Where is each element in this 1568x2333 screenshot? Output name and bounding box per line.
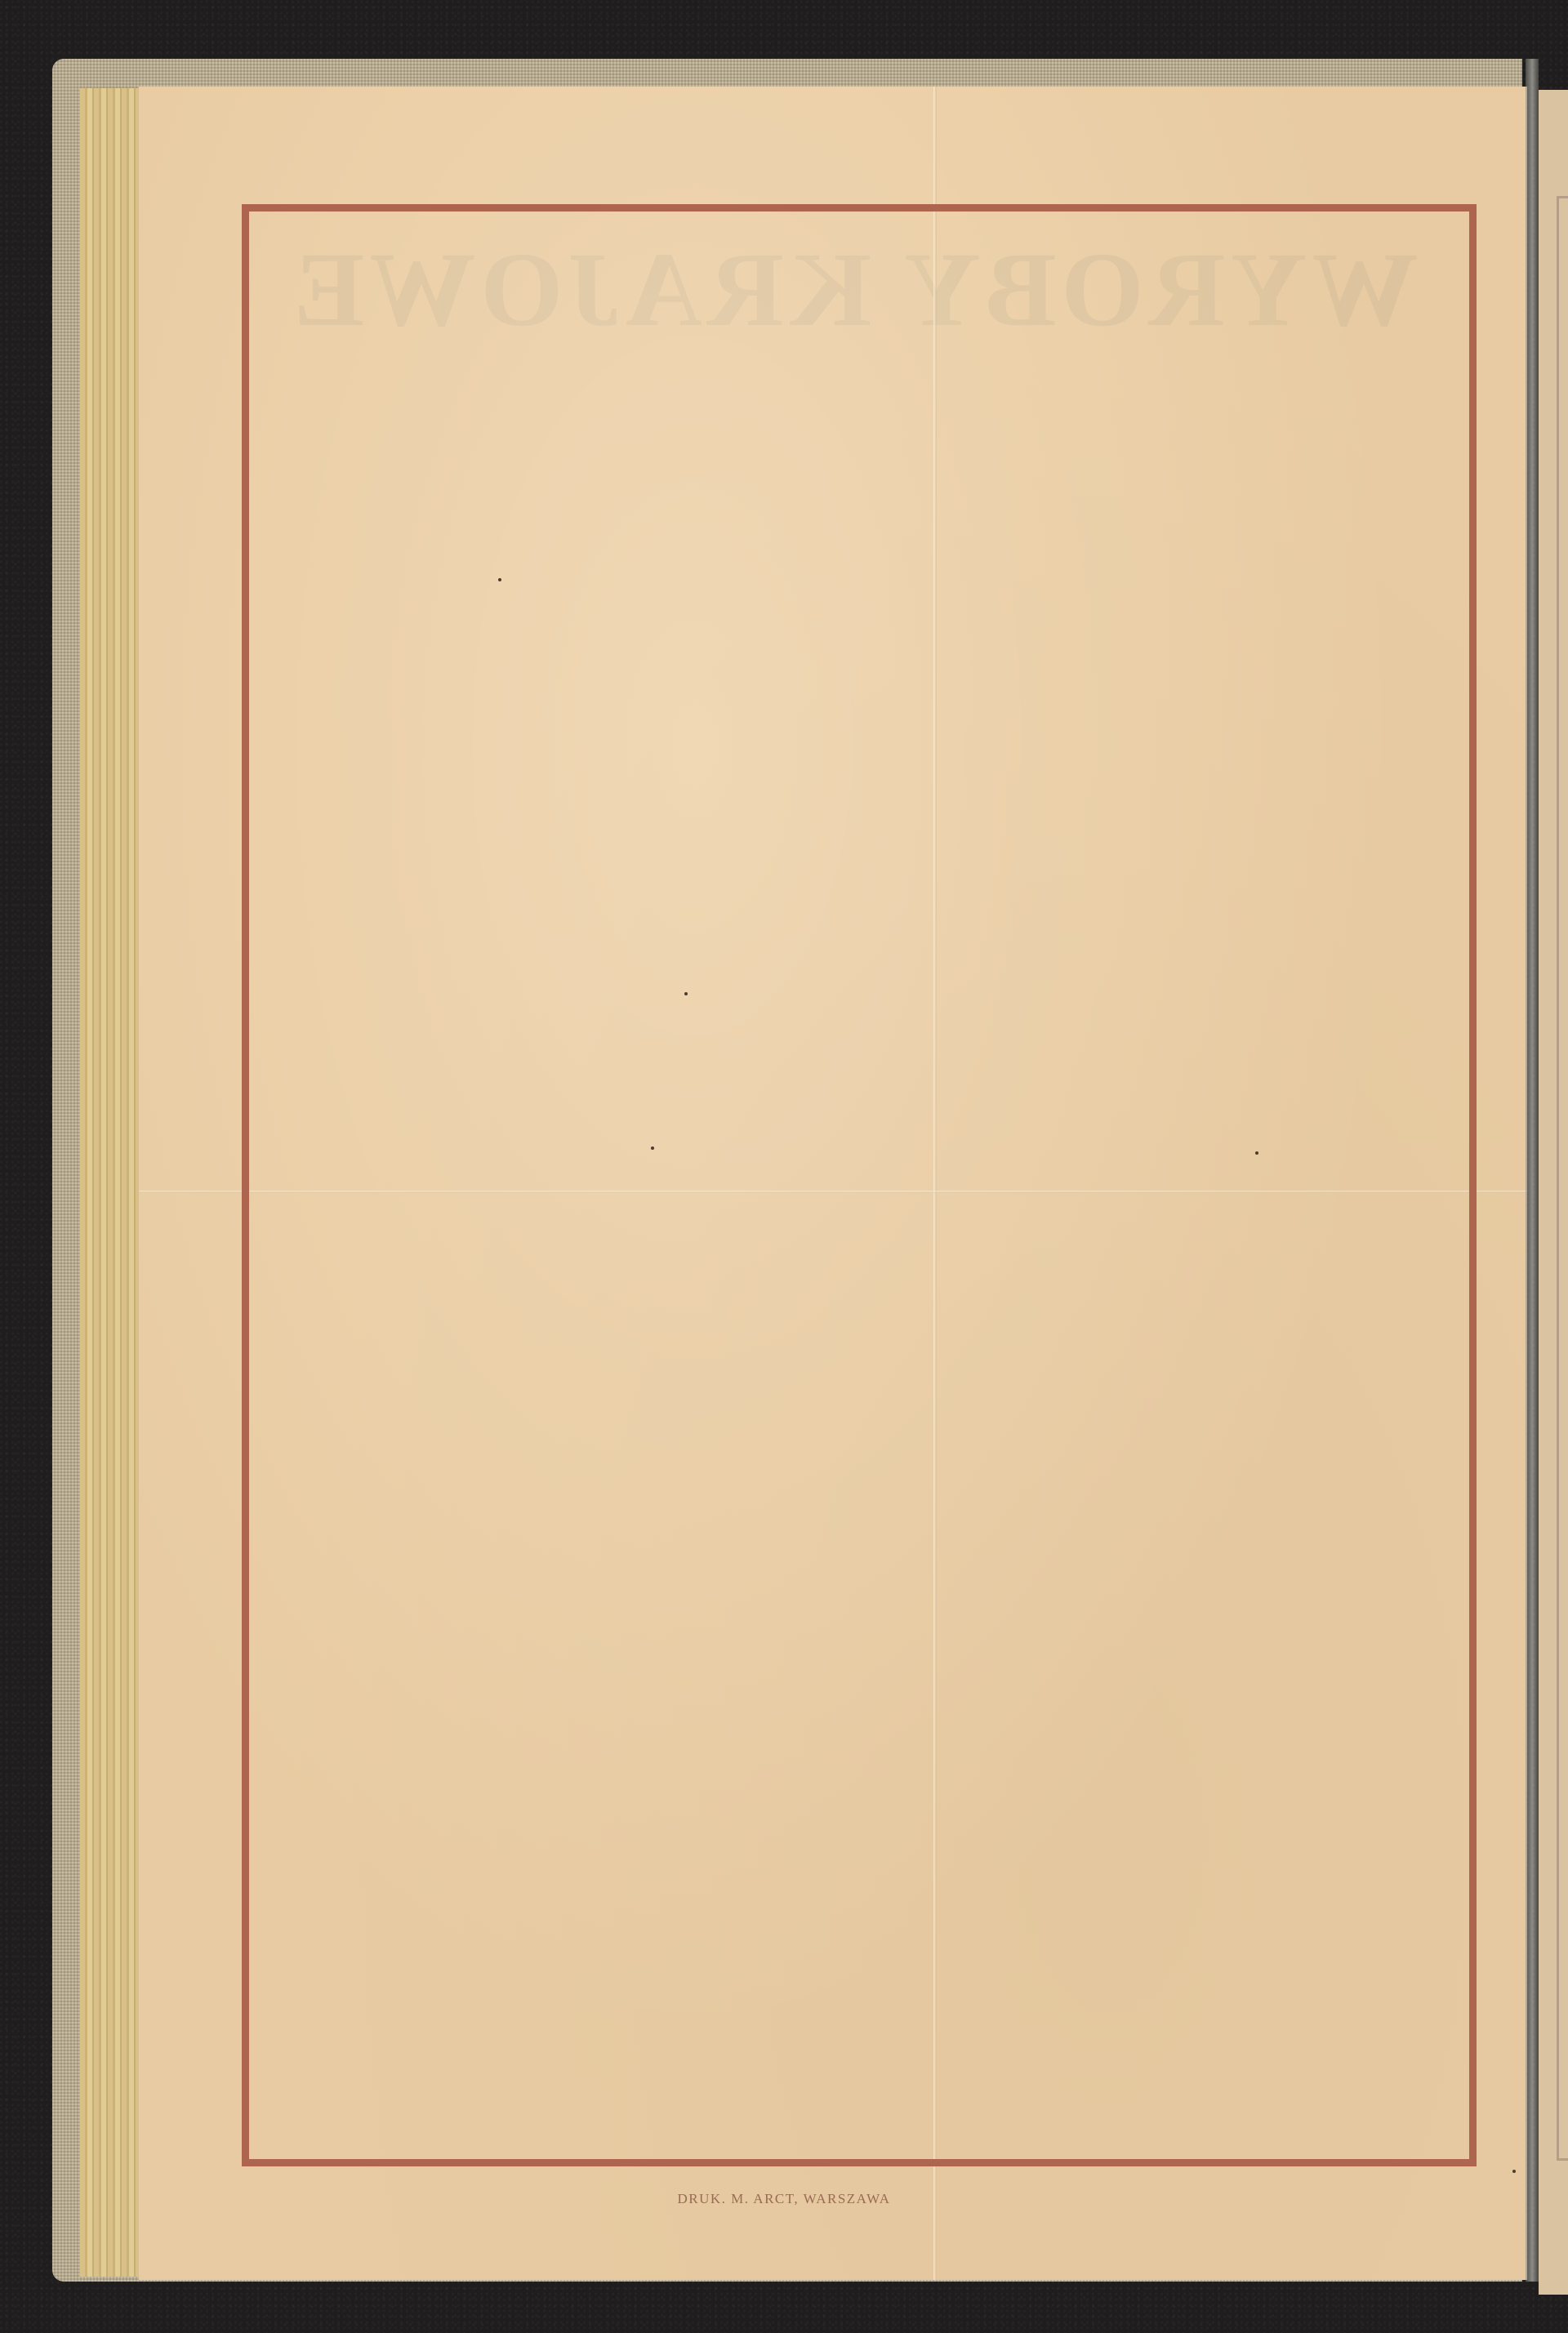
- page-edges: [80, 88, 139, 2277]
- paper-speck: [1255, 1151, 1258, 1155]
- decorative-border-frame: [242, 204, 1477, 2166]
- paper-speck: [1512, 2170, 1516, 2173]
- paper-speck: [651, 1146, 654, 1150]
- gutter-shadow: [1526, 59, 1539, 2282]
- printer-imprint: DRUK. M. ARCT, WARSZAWA: [0, 2191, 1568, 2207]
- adjacent-page-frame: [1557, 196, 1568, 2161]
- paper-speck: [498, 578, 501, 581]
- paper-speck: [684, 992, 688, 995]
